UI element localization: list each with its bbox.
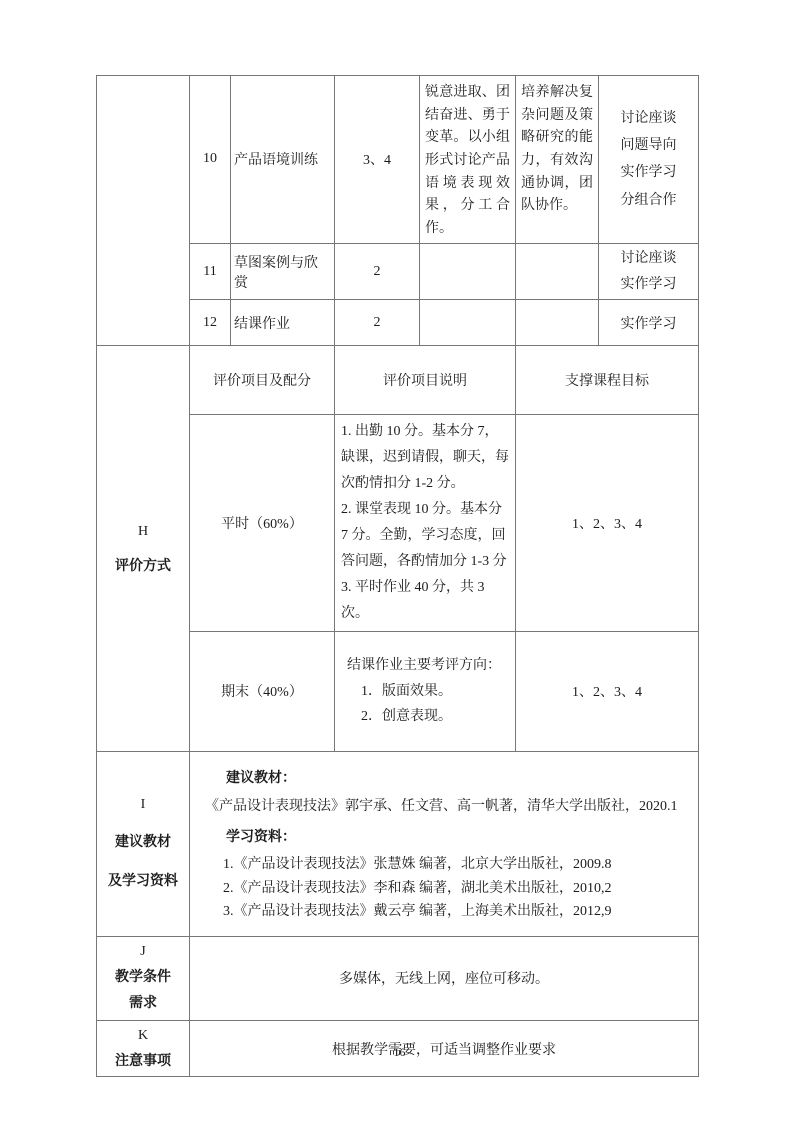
textbook-heading: 建议教材： — [190, 768, 692, 790]
eval-desc-heading: 结课作业主要考评方向： — [347, 653, 512, 678]
lesson-topic: 结课作业 — [231, 300, 335, 346]
eval-item: 平时（60%） — [190, 415, 335, 631]
lesson-methods: 实作学习 — [599, 300, 699, 346]
conditions-content: 多媒体，无线上网，座位可移动。 — [190, 936, 699, 1020]
eval-header-item: 评价项目及配分 — [190, 346, 335, 415]
eval-desc-line: 1. 出勤 10 分。基本分 7，缺课，迟到请假，聊天，每次酌情扣分 1-2 分… — [341, 419, 509, 497]
page-number: 16 — [0, 1045, 799, 1060]
method-line: 分组合作 — [602, 187, 695, 214]
eval-targets: 1、2、3、4 — [516, 415, 699, 631]
eval-desc-line: 2. 课堂表现 10 分。基本分 7 分。全勤，学习态度，回答问题，各酌情加分 … — [341, 497, 509, 575]
lesson-content-empty — [420, 300, 516, 346]
method-line: 讨论座谈 — [602, 246, 695, 272]
eval-header-targets: 支撑课程目标 — [516, 346, 699, 415]
eval-description: 1. 出勤 10 分。基本分 7，缺课，迟到请假，聊天，每次酌情扣分 1-2 分… — [335, 415, 516, 631]
lesson-methods: 讨论座谈 问题导向 实作学习 分组合作 — [599, 76, 699, 244]
lesson-content: 锐意进取、团结奋进、勇于变革。以小组形式讨论产品语境表现效果，分工合作。 — [420, 76, 516, 244]
lesson-number: 12 — [190, 300, 231, 346]
section-label-evaluation: H 评价方式 — [97, 346, 190, 751]
table-row: J 教学条件 需求 多媒体，无线上网，座位可移动。 — [97, 936, 699, 1020]
eval-description: 结课作业主要考评方向： 1．版面效果。 2．创意表现。 — [335, 631, 516, 751]
syllabus-table: 10 产品语境训练 3、4 锐意进取、团结奋进、勇于变革。以小组形式讨论产品语境… — [96, 75, 699, 1077]
lesson-number: 11 — [190, 243, 231, 300]
eval-targets: 1、2、3、4 — [516, 631, 699, 751]
resource-entry: 1.《产品设计表现技法》张慧姝 编著，北京大学出版社，2009.8 — [190, 854, 692, 876]
eval-item: 期末（40%） — [190, 631, 335, 751]
resources-heading: 学习资料： — [190, 827, 692, 849]
eval-desc-item: 2．创意表现。 — [347, 704, 512, 729]
lesson-content-empty — [420, 243, 516, 300]
section-title: 评价方式 — [100, 549, 186, 584]
section-title-line: 建议教材 — [100, 824, 186, 863]
lesson-topic: 产品语境训练 — [231, 76, 335, 244]
section-label-materials: I 建议教材 及学习资料 — [97, 751, 190, 936]
lesson-objectives: 2 — [335, 300, 420, 346]
eval-desc-item: 1．版面效果。 — [347, 679, 512, 704]
table-row: I 建议教材 及学习资料 建议教材： 《产品设计表现技法》郭宇承、任文营、高一帆… — [97, 751, 699, 936]
lesson-objectives: 3、4 — [335, 76, 420, 244]
method-line: 实作学习 — [602, 159, 695, 186]
section-title-line: 需求 — [100, 991, 186, 1017]
method-line: 问题导向 — [602, 132, 695, 159]
textbook-entry: 《产品设计表现技法》郭宇承、任文营、高一帆著，清华大学出版社，2020.1 — [190, 796, 692, 818]
resource-entry: 3.《产品设计表现技法》戴云亭 编著，上海美术出版社，2012,9 — [190, 901, 692, 923]
section-title-line: 及学习资料 — [100, 863, 186, 902]
lesson-ability-empty — [516, 300, 599, 346]
section-label-conditions: J 教学条件 需求 — [97, 936, 190, 1020]
lesson-number: 10 — [190, 76, 231, 244]
eval-desc-line: 3. 平时作业 40 分，共 3 次。 — [341, 575, 509, 627]
resource-entry: 2.《产品设计表现技法》李和森 编著，湖北美术出版社，2010,2 — [190, 878, 692, 900]
section-letter: J — [100, 939, 186, 965]
method-line: 实作学习 — [602, 272, 695, 298]
table-row: H 评价方式 评价项目及配分 评价项目说明 支撑课程目标 — [97, 346, 699, 415]
lesson-ability-empty — [516, 243, 599, 300]
section-letter: H — [100, 514, 186, 549]
lesson-methods: 讨论座谈 实作学习 — [599, 243, 699, 300]
lesson-topic: 草图案例与欣赏 — [231, 243, 335, 300]
document-page: 10 产品语境训练 3、4 锐意进取、团结奋进、勇于变革。以小组形式讨论产品语境… — [0, 0, 799, 1131]
lesson-ability: 培养解决复杂问题及策略研究的能力，有效沟通协调，团队协作。 — [516, 76, 599, 244]
eval-header-desc: 评价项目说明 — [335, 346, 516, 415]
section-label-continued — [97, 76, 190, 346]
method-line: 讨论座谈 — [602, 105, 695, 132]
table-row: 10 产品语境训练 3、4 锐意进取、团结奋进、勇于变革。以小组形式讨论产品语境… — [97, 76, 699, 244]
materials-content: 建议教材： 《产品设计表现技法》郭宇承、任文营、高一帆著，清华大学出版社，202… — [190, 751, 699, 936]
lesson-objectives: 2 — [335, 243, 420, 300]
section-title-line: 教学条件 — [100, 965, 186, 991]
section-letter: I — [100, 786, 186, 825]
